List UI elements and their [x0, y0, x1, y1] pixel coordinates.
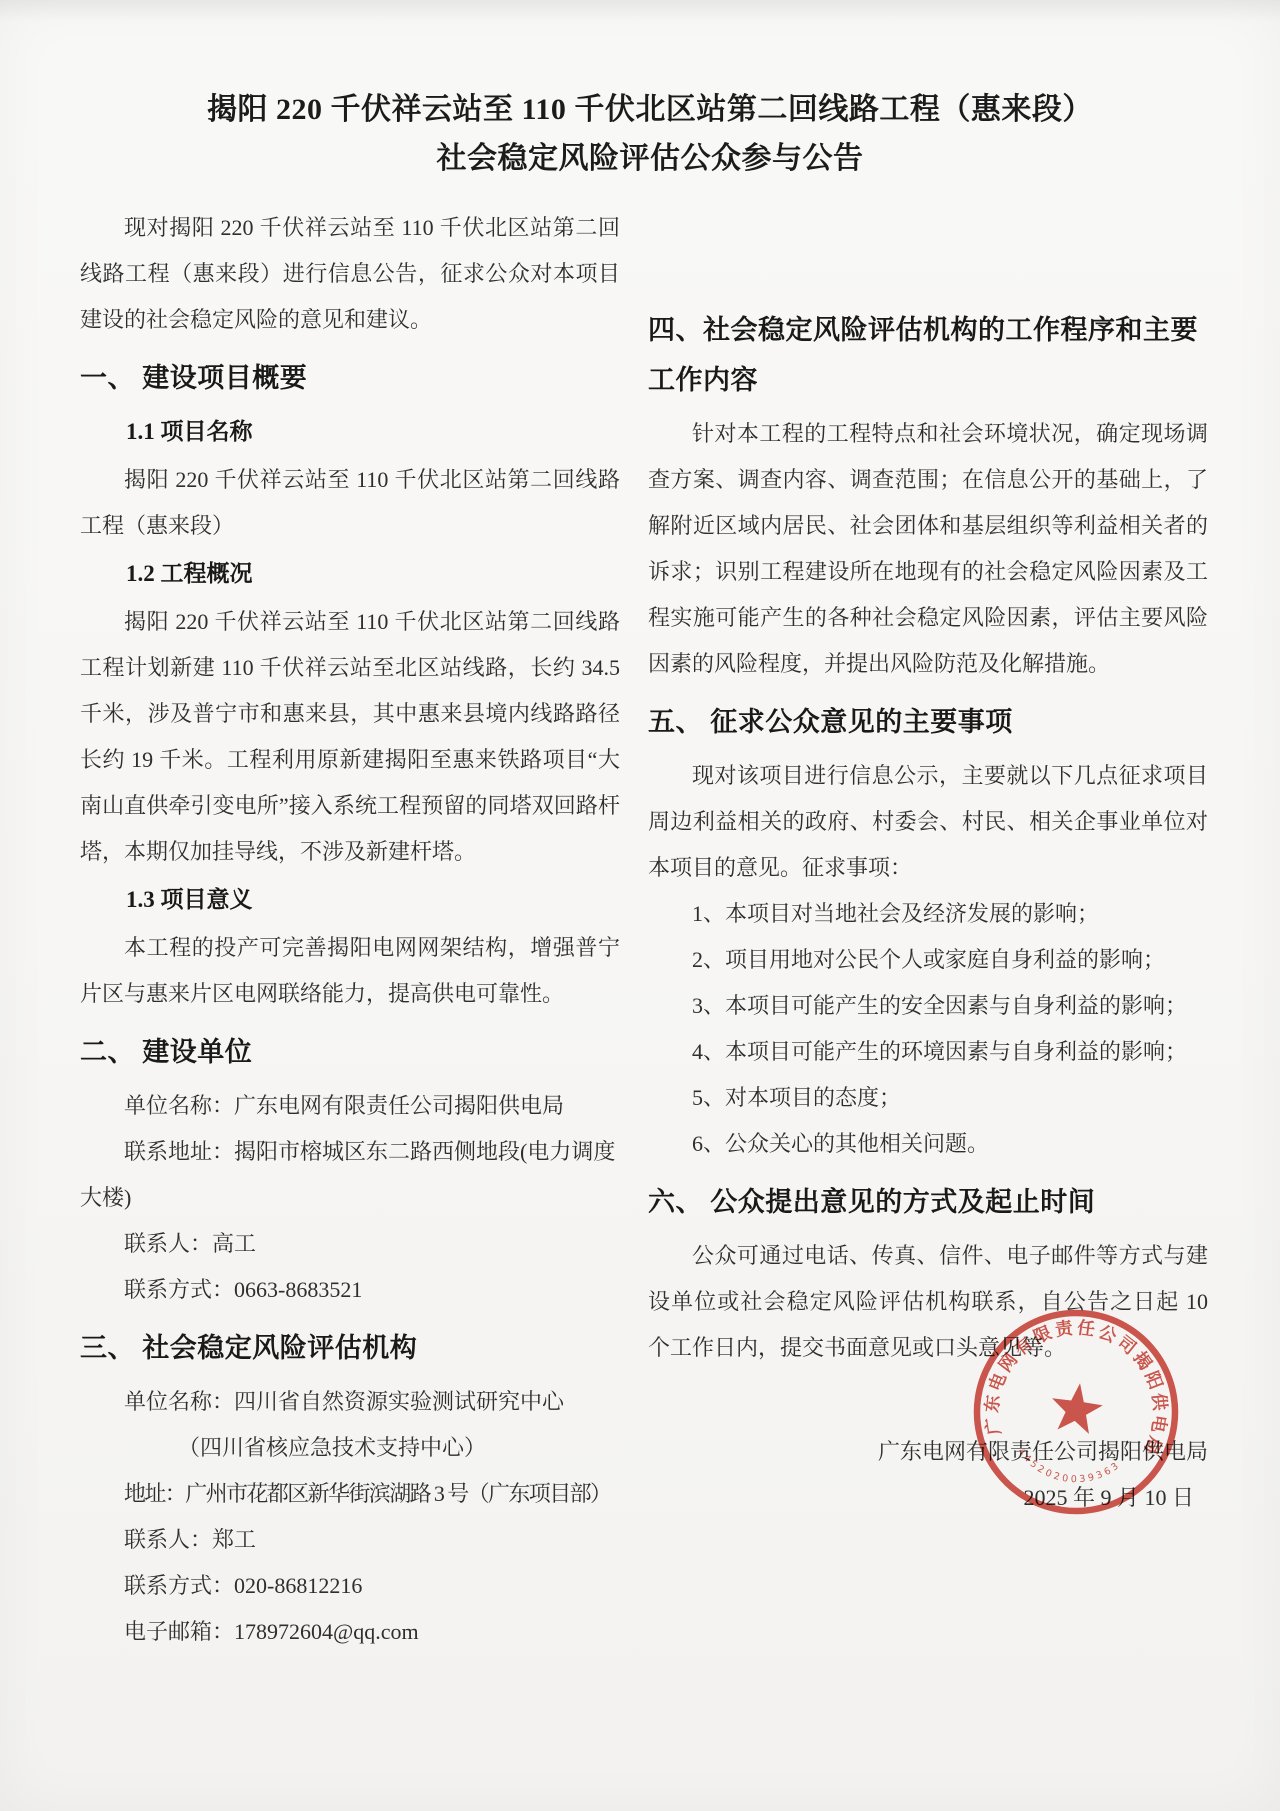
title-line-2: 社会稳定风险评估公众参与公告: [105, 135, 1195, 184]
builder-contact-phone: 联系方式：0663-8683521: [80, 1267, 620, 1313]
section-2-heading: 二、 建设单位: [80, 1027, 620, 1077]
project-significance-paragraph: 本工程的投产可完善揭阳电网网架结构，增强普宁片区与惠来片区电网联络能力，提高供电…: [80, 925, 620, 1017]
opinion-item-6: 6、公众关心的其他相关问题。: [648, 1121, 1208, 1167]
project-overview-paragraph: 揭阳 220 千伏祥云站至 110 千伏北区站第二回线路工程计划新建 110 千…: [80, 599, 620, 875]
assessor-contact-person: 联系人：郑工: [80, 1517, 620, 1563]
left-column: 现对揭阳 220 千伏祥云站至 110 千伏北区站第二回线路工程（惠来段）进行信…: [80, 205, 620, 1655]
signature-date: 2025 年 9 月 10 日: [648, 1475, 1208, 1521]
section-5-heading: 五、 征求公众意见的主要事项: [648, 697, 1208, 747]
assessor-unit-name: 单位名称：四川省自然资源实验测试研究中心: [80, 1379, 620, 1425]
feedback-method-paragraph: 公众可通过电话、传真、信件、电子邮件等方式与建设单位或社会稳定风险评估机构联系，…: [648, 1233, 1208, 1371]
solicit-opinions-paragraph: 现对该项目进行信息公示，主要就以下几点征求项目周边利益相关的政府、村委会、村民、…: [648, 753, 1208, 891]
intro-paragraph: 现对揭阳 220 千伏祥云站至 110 千伏北区站第二回线路工程（惠来段）进行信…: [80, 205, 620, 343]
section-4-heading: 四、社会稳定风险评估机构的工作程序和主要工作内容: [648, 305, 1208, 405]
project-name-paragraph: 揭阳 220 千伏祥云站至 110 千伏北区站第二回线路工程（惠来段）: [80, 457, 620, 549]
work-procedure-paragraph: 针对本工程的工程特点和社会环境状况，确定现场调查方案、调查内容、调查范围；在信息…: [648, 411, 1208, 687]
section-6-heading: 六、 公众提出意见的方式及起止时间: [648, 1177, 1208, 1227]
opinion-item-4: 4、本项目可能产生的环境因素与自身利益的影响；: [648, 1029, 1208, 1075]
builder-contact-address: 联系地址：揭阳市榕城区东二路西侧地段(电力调度大楼): [80, 1129, 620, 1221]
assessor-contact-phone: 联系方式：020-86812216: [80, 1563, 620, 1609]
opinion-item-3: 3、本项目可能产生的安全因素与自身利益的影响；: [648, 983, 1208, 1029]
assessor-unit-alias: （四川省核应急技术支持中心）: [80, 1425, 620, 1471]
opinion-item-5: 5、对本项目的态度；: [648, 1075, 1208, 1121]
opinion-item-1: 1、本项目对当地社会及经济发展的影响；: [648, 891, 1208, 937]
section-1-1-heading: 1.1 项目名称: [80, 409, 620, 455]
signature-org: 广东电网有限责任公司揭阳供电局: [648, 1429, 1208, 1475]
assessor-email: 电子邮箱：178972604@qq.com: [80, 1609, 620, 1655]
builder-unit-name: 单位名称：广东电网有限责任公司揭阳供电局: [80, 1083, 620, 1129]
announcement-page: 揭阳 220 千伏祥云站至 110 千伏北区站第二回线路工程（惠来段） 社会稳定…: [0, 0, 1280, 1811]
section-1-heading: 一、 建设项目概要: [80, 353, 620, 403]
page-title: 揭阳 220 千伏祥云站至 110 千伏北区站第二回线路工程（惠来段） 社会稳定…: [105, 86, 1195, 184]
right-column: 四、社会稳定风险评估机构的工作程序和主要工作内容 针对本工程的工程特点和社会环境…: [648, 205, 1208, 1521]
title-line-1: 揭阳 220 千伏祥云站至 110 千伏北区站第二回线路工程（惠来段）: [105, 86, 1195, 135]
signature-block: 广东电网有限责任公司揭阳供电局 2025 年 9 月 10 日: [648, 1429, 1208, 1521]
builder-contact-person: 联系人：高工: [80, 1221, 620, 1267]
opinion-item-2: 2、项目用地对公民个人或家庭自身利益的影响；: [648, 937, 1208, 983]
section-3-heading: 三、 社会稳定风险评估机构: [80, 1323, 620, 1373]
assessor-address: 地址：广州市花都区新华街滨湖路 3 号（广东项目部）: [80, 1471, 620, 1517]
section-1-2-heading: 1.2 工程概况: [80, 551, 620, 597]
section-1-3-heading: 1.3 项目意义: [80, 877, 620, 923]
